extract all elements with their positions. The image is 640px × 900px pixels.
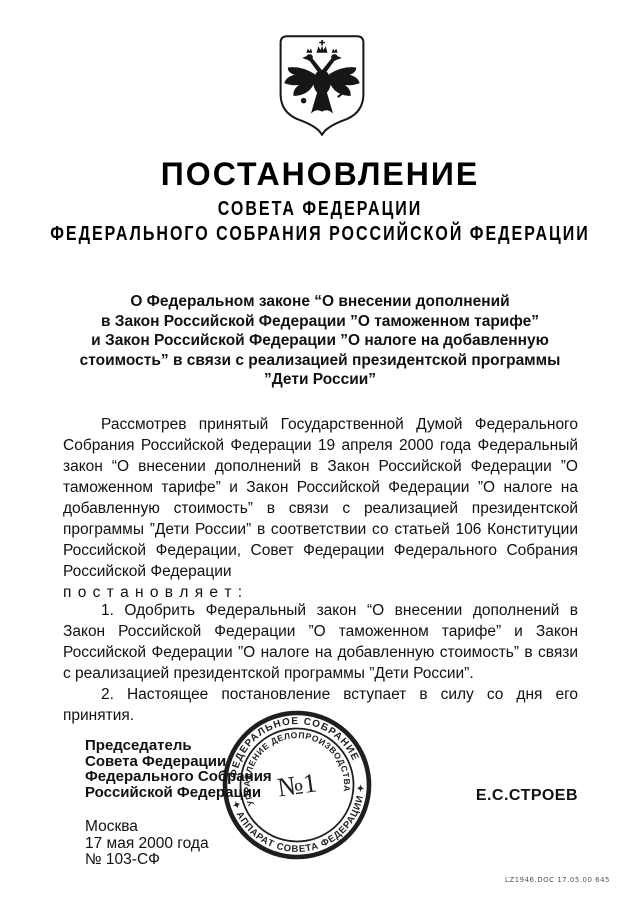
document-title: ПОСТАНОВЛЕНИЕ [0,156,640,193]
coat-of-arms [276,33,368,137]
document-subtitle-2: ФЕДЕРАЛЬНОГО СОБРАНИЯ РОССИЙСКОЙ ФЕДЕРАЦ… [0,226,640,244]
place: Москва [85,819,209,836]
document-page: ПОСТАНОВЛЕНИЕ СОВЕТА ФЕДЕРАЦИИ ФЕДЕРАЛЬН… [0,0,640,900]
preamble-paragraph: Рассмотрев принятый Государственной Думо… [63,414,578,582]
signer-name: Е.С.СТРОЕВ [476,787,578,805]
item-1: 1. Одобрить Федеральный закон “О внесени… [63,600,578,684]
double-headed-eagle-icon [276,33,368,137]
file-note: LZ1946.DOC 17.05.00 645 [505,876,610,884]
subject-line: стоимость” в связи с реализацией президе… [40,351,600,371]
official-stamp: ФЕДЕРАЛЬНОЕ СОБРАНИЕ ✦ АППАРАТ СОВЕТА ФЕ… [207,695,388,876]
date: 17 мая 2000 года [85,836,209,853]
subject-line: О Федеральном законе “О внесении дополне… [40,292,600,312]
preamble-block: Рассмотрев принятый Государственной Думо… [63,414,578,603]
document-number: № 103-СФ [85,852,209,869]
stamp-number: №1 [275,767,318,802]
subject-line: и Закон Российской Федерации ”О налоге н… [40,331,600,351]
subject-line: ”Дети России” [40,370,600,390]
subject-line: в Закон Российской Федерации ”О таможенн… [40,312,600,332]
document-subtitle-1: СОВЕТА ФЕДЕРАЦИИ [0,201,640,219]
subject-heading: О Федеральном законе “О внесении дополне… [40,292,600,390]
place-date-block: Москва 17 мая 2000 года № 103-СФ [85,819,209,869]
